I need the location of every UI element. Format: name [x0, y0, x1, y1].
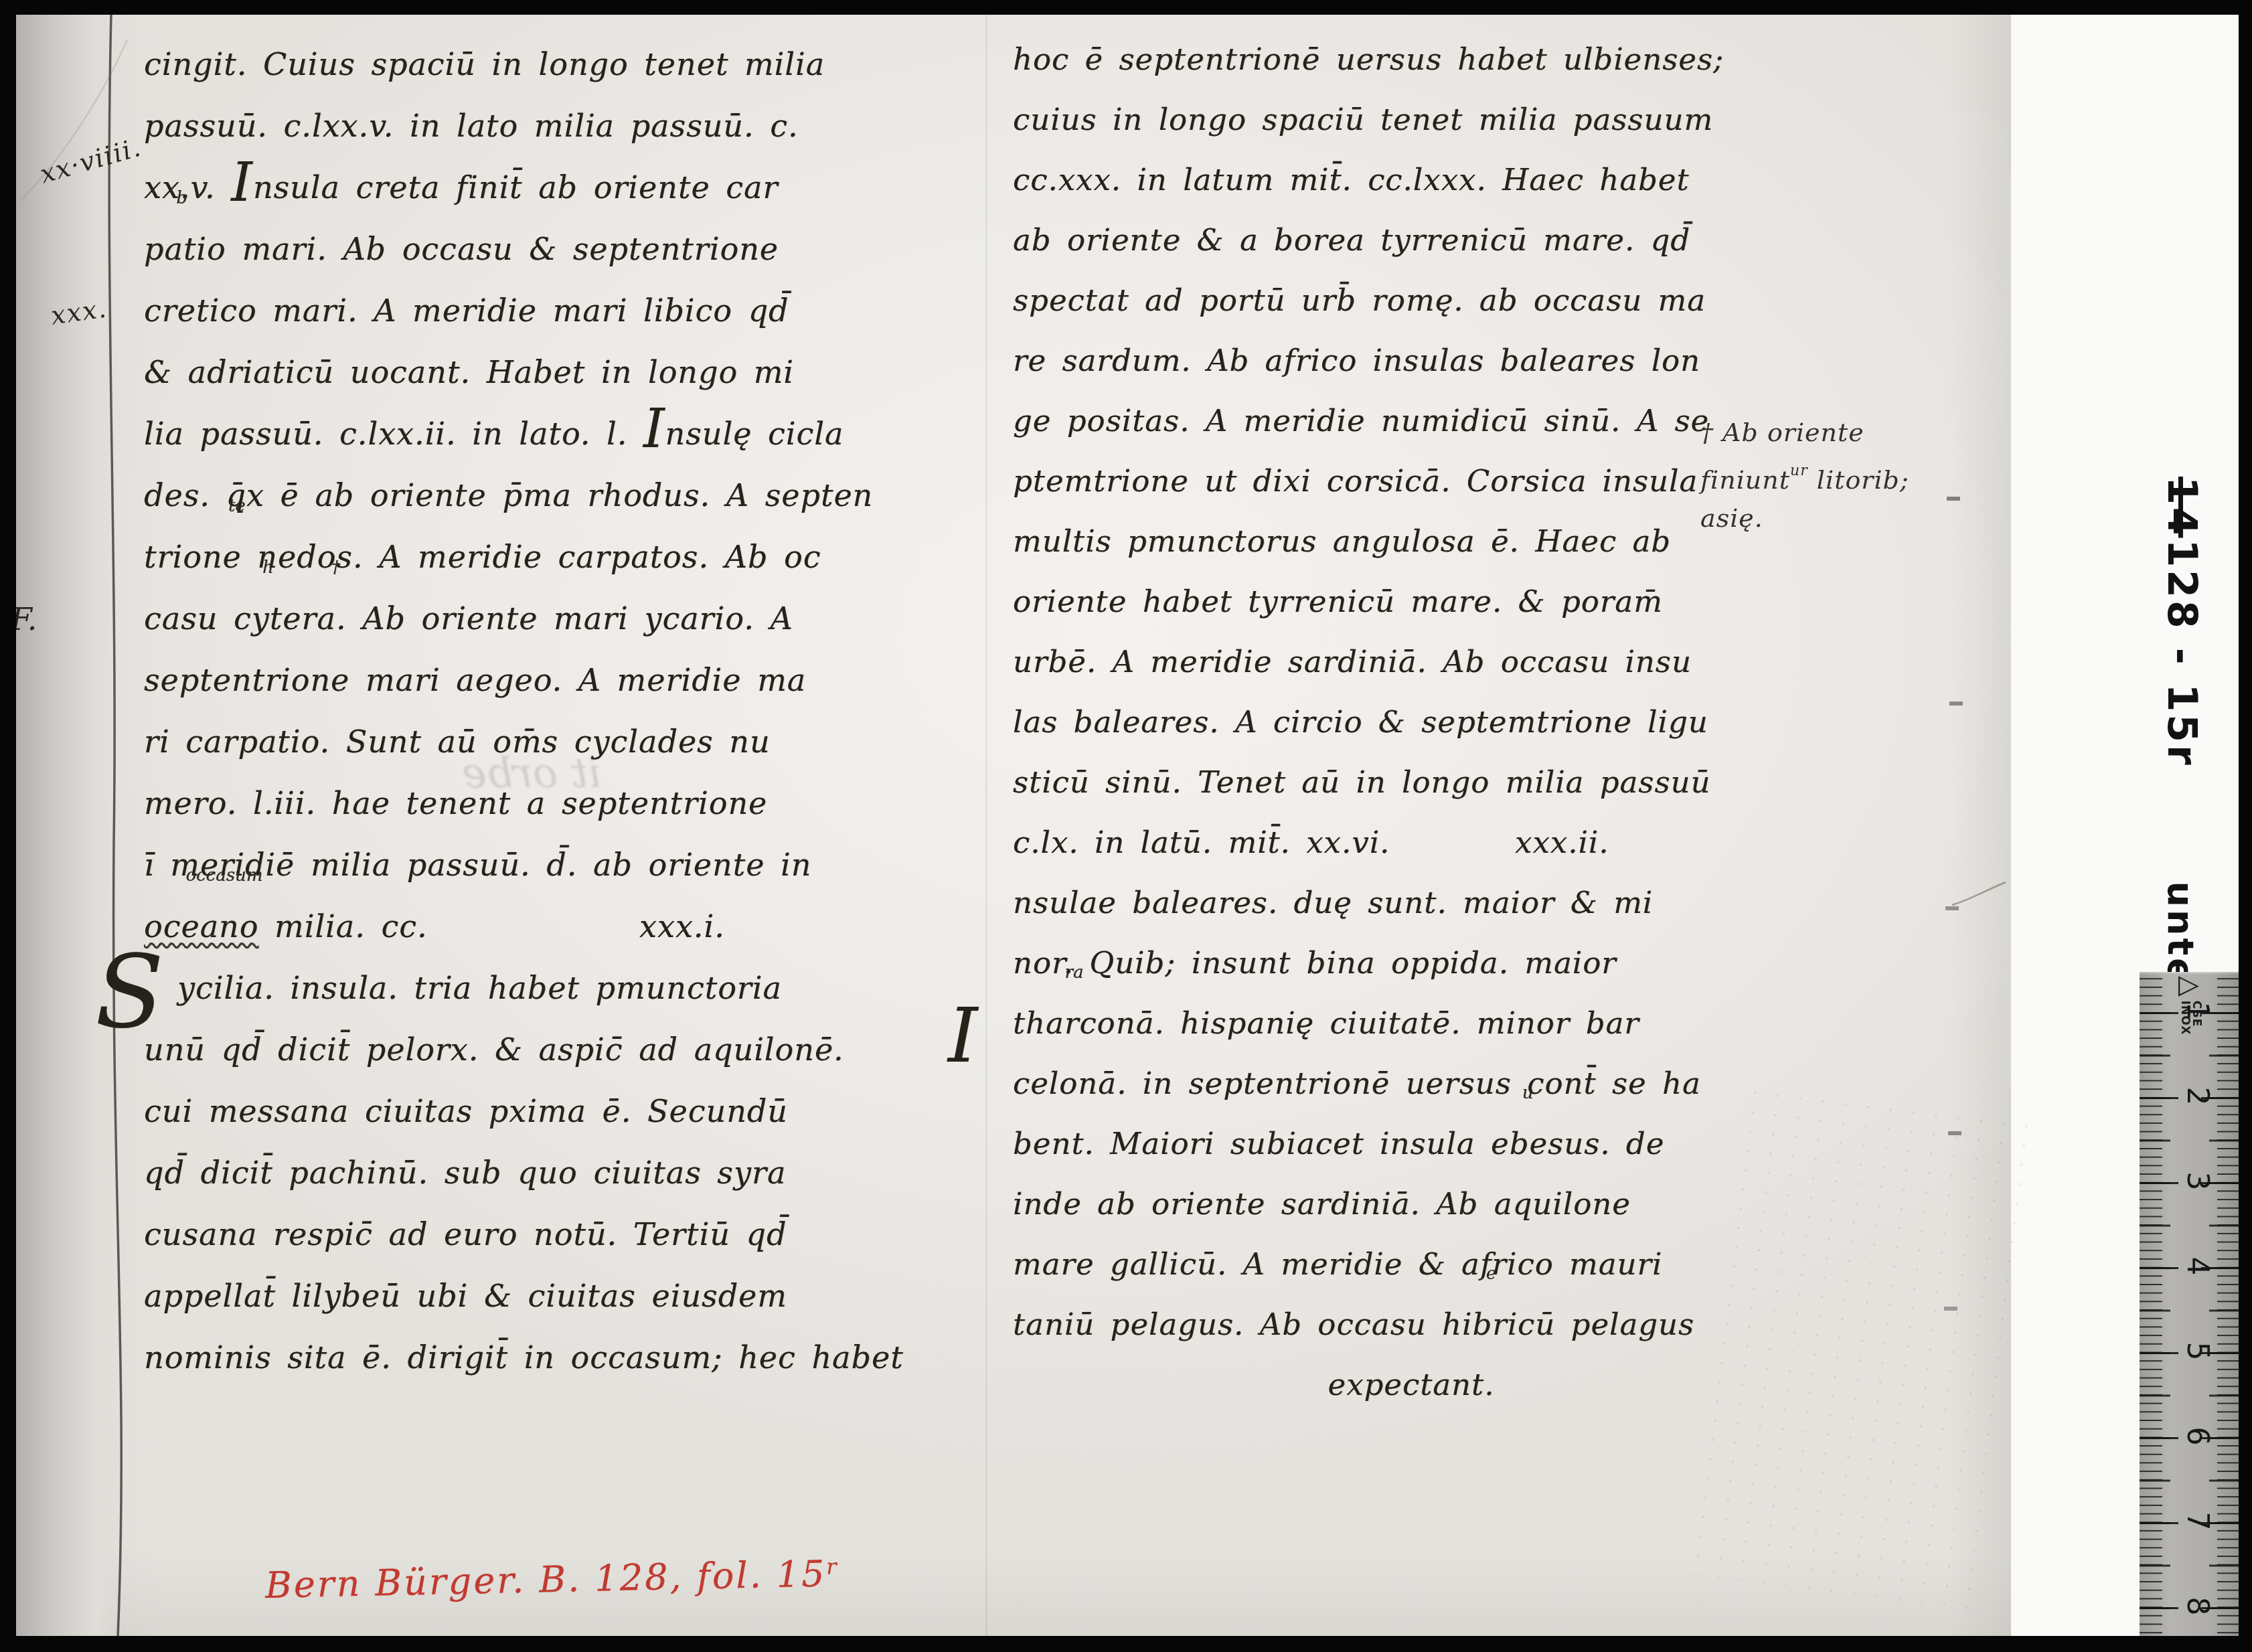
manuscript-line: oceanooccasum milia. cc.xxx.i. — [144, 896, 954, 957]
page-gutter — [16, 15, 118, 1637]
manuscript-scan: it orbe xx·viiii. xxx. F. S I cingit. Cu… — [0, 0, 2252, 1652]
interlinear-gloss: ra — [1064, 964, 1083, 981]
text-segment: ri carpatio. Sunt aū om̄s cyclades nu — [144, 724, 771, 760]
manuscript-line: ge positas. A meridie numidicū sinū. A s… — [1013, 391, 1809, 451]
text-segment: cingit. Cuius spaciū in longo tenet mili… — [144, 46, 825, 82]
text-segment: mero. l.iii. hae tenent a septentrione — [144, 785, 767, 821]
ruler-cm-number: 5 — [2180, 1335, 2215, 1368]
manuscript-line: multis pmunctorus angulosa ē. Haec ab — [1013, 511, 1809, 572]
text-segment: nor. Quib; insunt bina oppida. maior — [1013, 945, 1617, 981]
center-crease — [985, 15, 987, 1637]
text-segment: oceano — [144, 908, 258, 944]
text-segment: nsulę cicla — [665, 416, 844, 452]
text-segment: tio mari. Ab occasu & septentrione — [183, 231, 779, 267]
text-segment: cui messana ciuitas pxima ē. Secundū — [144, 1093, 788, 1129]
annotated-word: bu — [1510, 1126, 1530, 1161]
manuscript-line: ptemtrione ut dixi corsicā. Corsica insu… — [1013, 451, 1809, 511]
chapter-number-inline: xxx.ii. — [1515, 813, 1609, 873]
text-segment: conā. hispanię ciuitatē. minor bar — [1079, 1005, 1639, 1041]
margin-note-text: litorib; — [1808, 465, 1909, 495]
manuscript-line: septentrione mari aegeo. A meridie ma — [144, 649, 954, 711]
manuscript-line: ī meridiē milia passuū. d̄. ab oriente i… — [144, 834, 954, 896]
manuscript-line: qd̄ dicit̄ pachinū. sub quo ciuitas syra — [144, 1142, 954, 1204]
manuscript-line: spectat ad portū urb̄ romę. ab occasu ma — [1013, 270, 1809, 331]
text-segment: taniū pelagus. Ab occasu hib — [1013, 1307, 1492, 1342]
text-segment: bent. Maiori subiacet insula e — [1013, 1126, 1510, 1161]
text-segment: xx.v. — [144, 169, 231, 205]
photo-frame-right — [2239, 0, 2252, 1652]
text-segment: las baleares. A circio & septemtrione li… — [1013, 704, 1708, 740]
interlinear-gloss: te — [228, 497, 246, 515]
ruler-cm-number: 1 — [2180, 995, 2215, 1027]
text-segment: trione — [144, 539, 242, 575]
manuscript-line: sticū sinū. Tenet aū in longo milia pass… — [1013, 752, 1809, 813]
text-segment: mare gallicū. A meridie & africo mauri — [1013, 1246, 1662, 1282]
triangle-icon: △ — [2177, 976, 2204, 997]
manuscript-line: celonā. in septentrionē uersus cont̄ se … — [1013, 1054, 1809, 1114]
manuscript-line: ycilia. insula. tria habet pmunctoria — [144, 957, 954, 1019]
abbreviation-superscript: ur — [1790, 463, 1808, 479]
interlinear-gloss: occasum — [185, 867, 262, 884]
text-segment: passuū. c.lxx.v. in lato milia passuū. c… — [144, 108, 799, 144]
text-segment: milia. cc. — [258, 908, 427, 944]
ruler-cm-number: 3 — [2180, 1165, 2215, 1197]
ruler-cm-number: 4 — [2180, 1250, 2215, 1283]
measuring-ruler: △ CSE INOX 12345678 — [2140, 972, 2240, 1652]
ruler-cm-ticks-left — [2140, 972, 2178, 1652]
manuscript-line: bent. Maiori subiacet insula ebuesus. de — [1013, 1114, 1809, 1174]
manuscript-line: cc.xxx. in latum mit̄. cc.lxxx. Haec hab… — [1013, 150, 1809, 210]
text-segment: ptemtrione ut dixi corsicā. Corsica insu… — [1013, 463, 1698, 499]
manuscript-line: passuū. c.lxx.v. in lato milia passuū. c… — [144, 95, 954, 157]
manuscript-line: nsulae baleares. duę sunt. maior & mi — [1013, 873, 1809, 933]
text-segment: spectat ad portū urb̄ romę. ab occasu ma — [1013, 282, 1706, 318]
margin-note-line-2: finiuntur litorib; — [1700, 452, 1909, 499]
text-segment: appellat̄ lilybeū ubi & ciuitas eiusdem — [144, 1278, 787, 1314]
ruler-cm-ticks-right — [2201, 972, 2240, 1652]
manuscript-line: nominis sita ē. dirigit̄ in occasum; hec… — [144, 1327, 954, 1388]
text-segment: unū qd̄ dicit̄ pelorx. & aspic̄ ad aquil… — [144, 1031, 844, 1068]
annotated-word: trionete — [144, 539, 242, 575]
manuscript-line: cretico mari. A meridie mari libico qd̄ — [144, 280, 954, 341]
text-segment: tera — [270, 600, 336, 637]
manuscript-line: mare gallicū. A meridie & africo mauri — [1013, 1234, 1809, 1295]
text-segment: cretico mari. A meridie mari libico qd̄ — [144, 293, 789, 329]
photo-frame-bottom — [0, 1636, 2252, 1652]
margin-tick-marks — [1947, 497, 1960, 501]
text-column-right: hoc ē septentrionē uersus habet ulbiense… — [1013, 29, 1809, 1415]
text-segment: ge positas. A meridie numidicū sinū. A s… — [1013, 403, 1709, 438]
text-segment: c.lx. in latū. mit̄. xx.vi. — [1013, 825, 1390, 860]
text-segment: pa — [144, 231, 183, 267]
text-segment: ab oriente & a borea tyrrenicū mare. qd̄ — [1013, 222, 1690, 258]
text-segment: hoc ē septentrionē uersus habet ulbiense… — [1013, 42, 1724, 77]
text-segment: qd̄ dicit̄ pachinū. sub quo ciuitas syra — [144, 1155, 786, 1191]
manuscript-line: des. q̄x ē ab oriente p̄ma rhodus. A sep… — [144, 465, 954, 526]
manuscript-line: appellat̄ lilybeū ubi & ciuitas eiusdem — [144, 1265, 954, 1327]
manuscript-line: unū qd̄ dicit̄ pelorx. & aspic̄ ad aquil… — [144, 1019, 954, 1080]
text-segment: nominis sita ē. dirigit̄ in occasum; hec… — [144, 1339, 904, 1376]
manuscript-line: cui messana ciuitas pxima ē. Secundū — [144, 1080, 954, 1142]
manuscript-line: tharraconā. hispanię ciuitatē. minor bar — [1013, 993, 1809, 1054]
text-segment: cusana respic̄ ad euro notū. Tertiū qd̄ — [144, 1216, 787, 1252]
right-margin-note: † Ab oriente finiuntur litorib; asię. — [1700, 414, 1909, 538]
text-segment: b — [1510, 1126, 1530, 1161]
side-label-word: unte — [2160, 882, 2202, 985]
annotated-word: oceanooccasum — [144, 908, 258, 944]
text-column-left: cingit. Cuius spaciū in longo tenet mili… — [144, 33, 954, 1388]
text-segment: celonā. in septentrionē uersus cont̄ se … — [1013, 1066, 1701, 1101]
interlinear-gloss: h — [262, 559, 274, 576]
annotated-word: casu cyh — [144, 600, 270, 637]
text-segment: nedos. A meridie carpatos. Ab oc — [242, 539, 821, 575]
text-segment: nsula creta finit̄ ab oriente car — [253, 169, 779, 205]
text-segment: inde ab oriente sardiniā. Ab aquilone — [1013, 1186, 1631, 1222]
text-segment: cc.xxx. in latum mit̄. cc.lxxx. Haec hab… — [1013, 162, 1690, 197]
manuscript-line: las baleares. A circio & septemtrione li… — [1013, 692, 1809, 752]
manuscript-line: trionete nedos. A meridie carpatos. Ab o… — [144, 526, 954, 588]
text-segment: esus. de — [1529, 1126, 1664, 1161]
manuscript-line: expectant. — [1013, 1355, 1809, 1415]
text-segment: septentrione mari aegeo. A meridie ma — [144, 662, 806, 698]
manuscript-line: c.lx. in latū. mit̄. xx.vi.xxx.ii. — [1013, 813, 1809, 873]
manuscript-line: urbē. A meridie sardiniā. Ab occasu insu — [1013, 632, 1809, 692]
manuscript-line: nor. Quib; insunt bina oppida. maior — [1013, 933, 1809, 993]
manuscript-line: cusana respic̄ ad euro notū. Tertiū qd̄ — [144, 1204, 954, 1265]
text-segment: & adriaticū uocant. Habet in longo mi — [144, 354, 794, 390]
folio-recto-superscript: r — [826, 1554, 839, 1579]
manuscript-line: cuius in longo spaciū tenet milia passuu… — [1013, 90, 1809, 150]
margin-note-line-3: asię. — [1700, 499, 1909, 538]
manuscript-line: taniū pelagus. Ab occasu hibericū pelagu… — [1013, 1295, 1809, 1355]
margin-note-text: finiunt — [1700, 465, 1790, 495]
margin-note-line-1: † Ab oriente — [1700, 414, 1909, 452]
text-segment: nsulae baleares. duę sunt. maior & mi — [1013, 885, 1653, 920]
ruler-cm-number: 7 — [2180, 1505, 2215, 1538]
manuscript-line: mero. l.iii. hae tenent a septentrione — [144, 772, 954, 834]
text-segment: I — [643, 398, 665, 460]
text-segment: urbē. A meridie sardiniā. Ab occasu insu — [1013, 644, 1692, 679]
manuscript-line: & adriaticū uocant. Habet in longo mi — [144, 341, 954, 403]
shelfmark-number: 128 - 15r — [2158, 540, 2205, 768]
text-segment: expectant. — [1328, 1367, 1495, 1402]
text-segment: re sardum. Ab africo insulas baleares lo… — [1013, 343, 1700, 378]
manuscript-line: xx.v. Insula creta finit̄ ab oriente car — [144, 157, 954, 218]
interlinear-gloss: b — [176, 189, 187, 207]
manuscript-line: cingit. Cuius spaciū in longo tenet mili… — [144, 33, 954, 95]
text-segment: ycilia. insula. tria habet pmunctoria — [177, 970, 782, 1006]
manuscript-line: re sardum. Ab africo insulas baleares lo… — [1013, 331, 1809, 391]
text-segment: ricū pelagus — [1492, 1307, 1694, 1342]
chapter-number-inline: xxx.i. — [639, 896, 725, 957]
manuscript-line: ri carpatio. Sunt aū om̄s cyclades nu — [144, 711, 954, 772]
text-segment: lia passuū. c.lxx.ii. in lato. l. — [144, 416, 643, 452]
manuscript-line: lia passuū. c.lxx.ii. in lato. l. Insulę… — [144, 403, 954, 465]
manuscript-line: oriente habet tyrrenicū mare. & poram̄ — [1013, 572, 1809, 632]
annotated-word: taniū pelagus. Ab occasu hibe — [1013, 1307, 1492, 1342]
text-segment: . Ab oriente mari ycario. A — [336, 600, 793, 637]
annotated-word: tharra — [1013, 1005, 1079, 1041]
text-segment: sticū sinū. Tenet aū in longo milia pass… — [1013, 764, 1711, 800]
interlinear-gloss: u — [1522, 1084, 1534, 1102]
annotated-word: tera† — [270, 600, 336, 637]
interlinear-gloss: e — [1486, 1265, 1496, 1283]
text-segment: oriente habet tyrrenicū mare. & poram̄ — [1013, 584, 1663, 619]
manuscript-line: inde ab oriente sardiniā. Ab aquilone — [1013, 1174, 1809, 1234]
ruler-cm-number: 2 — [2180, 1080, 2215, 1112]
text-segment: multis pmunctorus angulosa ē. Haec ab — [1013, 523, 1671, 559]
interlinear-gloss: † — [331, 559, 340, 576]
text-segment: casu cy — [144, 600, 270, 637]
manuscript-line: casu cyhtera†. Ab oriente mari ycario. A — [144, 588, 954, 649]
ruler-cm-number: 8 — [2180, 1590, 2215, 1623]
manuscript-line: hoc ē septentrionē uersus habet ulbiense… — [1013, 29, 1809, 90]
photo-frame-top — [0, 0, 2252, 15]
text-segment: thar — [1013, 1005, 1079, 1041]
struck-number: 14 — [2158, 477, 2205, 538]
text-segment: I — [231, 151, 253, 214]
text-segment: des. q̄x ē ab oriente p̄ma rhodus. A sep… — [144, 477, 873, 513]
ruler-cm-number: 6 — [2180, 1420, 2215, 1453]
photo-shelfmark-label: 14128 - 15runte — [2158, 477, 2205, 985]
text-segment: cuius in longo spaciū tenet milia passuu… — [1013, 102, 1713, 137]
annotated-word: pab — [144, 231, 183, 267]
manuscript-line: pabtio mari. Ab occasu & septentrione — [144, 218, 954, 280]
photo-frame-left — [0, 0, 16, 1652]
manuscript-line: ab oriente & a borea tyrrenicū mare. qd̄ — [1013, 210, 1809, 270]
